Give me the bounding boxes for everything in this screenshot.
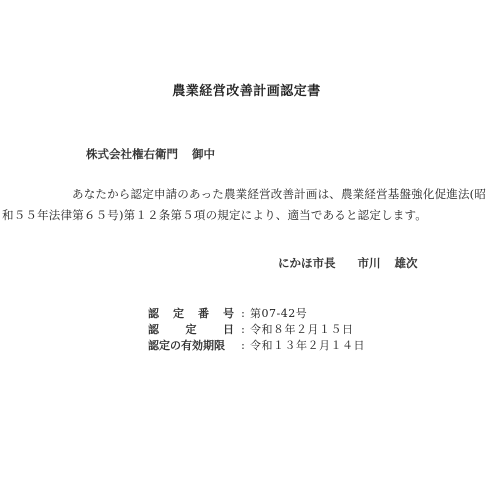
detail-row-certification-date: 認 定 日 : 令和８年２月１５日 bbox=[148, 322, 365, 338]
certificate-page: 農業経営改善計画認定書 株式会社権右衛門御中 あなたから認定申請のあった農業経営… bbox=[0, 0, 493, 500]
label-char: 号 bbox=[223, 306, 234, 322]
label-char: 番 bbox=[198, 306, 209, 322]
certification-date: 令和８年２月１５日 bbox=[250, 322, 354, 338]
signature-block: にかほ市長市川雄次 bbox=[278, 255, 418, 271]
addressee-honorific: 御中 bbox=[192, 147, 215, 161]
certification-details: 認 定 番 号 : 第07-42号 認 定 日 : 令和８年２月１５日 認定の有… bbox=[148, 306, 365, 354]
label-char: 日 bbox=[223, 322, 234, 338]
detail-label: 認 定 番 号 bbox=[148, 306, 234, 322]
signer-surname: 市川 bbox=[358, 256, 381, 270]
label-char: 定 bbox=[186, 322, 197, 338]
label-text: 認定の有効期限 bbox=[148, 338, 225, 354]
detail-label: 認 定 日 bbox=[148, 322, 234, 338]
certification-number: 第07-42号 bbox=[250, 306, 307, 322]
label-char: 認 bbox=[148, 306, 159, 322]
addressee: 株式会社権右衛門御中 bbox=[86, 146, 215, 162]
label-char: 認 bbox=[148, 322, 159, 338]
detail-row-certification-number: 認 定 番 号 : 第07-42号 bbox=[148, 306, 365, 322]
body-text-line-2: 和５５年法律第６５号)第１２条第５項の規定により、適当であると認定します。 bbox=[2, 207, 427, 223]
detail-row-validity-period: 認定の有効期限 : 令和１３年２月１４日 bbox=[148, 338, 365, 354]
detail-separator: : bbox=[236, 322, 250, 338]
detail-separator: : bbox=[236, 306, 250, 322]
detail-label: 認定の有効期限 bbox=[148, 338, 234, 354]
body-text-line-1: あなたから認定申請のあった農業経営改善計画は、農業経営基盤強化促進法(昭 bbox=[72, 186, 486, 202]
document-title: 農業経営改善計画認定書 bbox=[0, 80, 493, 99]
addressee-name: 株式会社権右衛門 bbox=[86, 147, 178, 161]
validity-expiry-date: 令和１３年２月１４日 bbox=[250, 338, 365, 354]
signer-office: にかほ市長 bbox=[278, 256, 336, 270]
label-char: 定 bbox=[173, 306, 184, 322]
signer-given-name: 雄次 bbox=[395, 256, 418, 270]
detail-separator: : bbox=[236, 338, 250, 354]
